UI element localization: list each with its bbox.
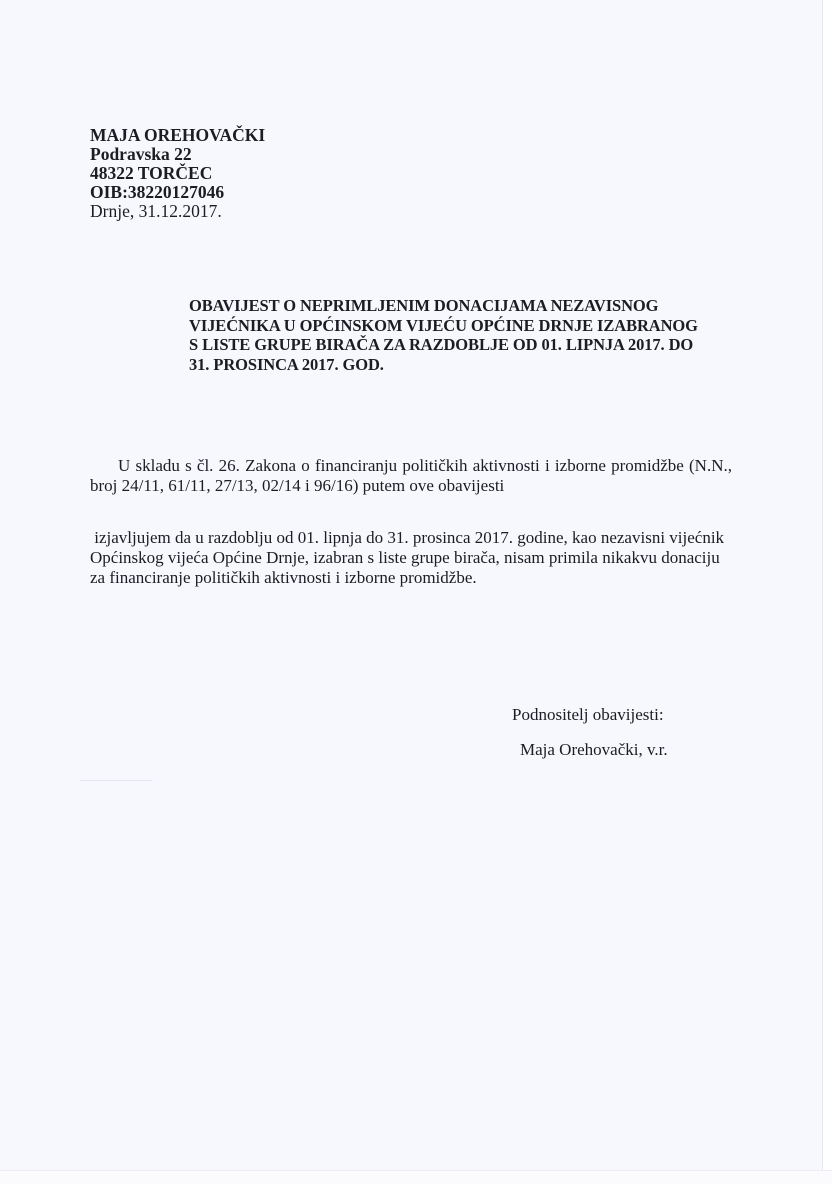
document-title: OBAVIJEST O NEPRIMLJENIM DONACIJAMA NEZA…: [189, 296, 749, 374]
signature-label: Podnositelj obavijesti:: [512, 705, 664, 725]
page-edge-right: [822, 0, 832, 1184]
body-paragraph-2: izjavljujem da u razdoblju od 01. lipnja…: [90, 528, 740, 588]
paragraph-2-line: za financiranje političkih aktivnosti i …: [90, 568, 740, 588]
sender-street: Podravska 22: [90, 145, 265, 164]
sender-city: 48322 TORČEC: [90, 164, 265, 183]
body-paragraph-1: U skladu s čl. 26. Zakona o financiranju…: [90, 456, 732, 496]
paragraph-1-text: U skladu s čl. 26. Zakona o financiranju…: [90, 456, 732, 495]
sender-name: MAJA OREHOVAČKI: [90, 126, 265, 145]
title-line: 31. PROSINCA 2017. GOD.: [189, 355, 749, 375]
title-line: S LISTE GRUPE BIRAČA ZA RAZDOBLJE OD 01.…: [189, 335, 749, 355]
title-line: OBAVIJEST O NEPRIMLJENIM DONACIJAMA NEZA…: [189, 296, 749, 316]
sender-block: MAJA OREHOVAČKI Podravska 22 48322 TORČE…: [90, 126, 265, 221]
scan-artifact-line: [80, 780, 152, 781]
page-edge-bottom: [0, 1170, 832, 1184]
title-line: VIJEĆNIKA U OPĆINSKOM VIJEĆU OPĆINE DRNJ…: [189, 316, 749, 336]
sender-oib: OIB:38220127046: [90, 183, 265, 202]
place-date: Drnje, 31.12.2017.: [90, 202, 265, 221]
paragraph-2-line: izjavljujem da u razdoblju od 01. lipnja…: [90, 528, 740, 548]
paragraph-2-line: Općinskog vijeća Općine Drnje, izabran s…: [90, 548, 740, 568]
signature-name: Maja Orehovački, v.r.: [520, 740, 668, 760]
